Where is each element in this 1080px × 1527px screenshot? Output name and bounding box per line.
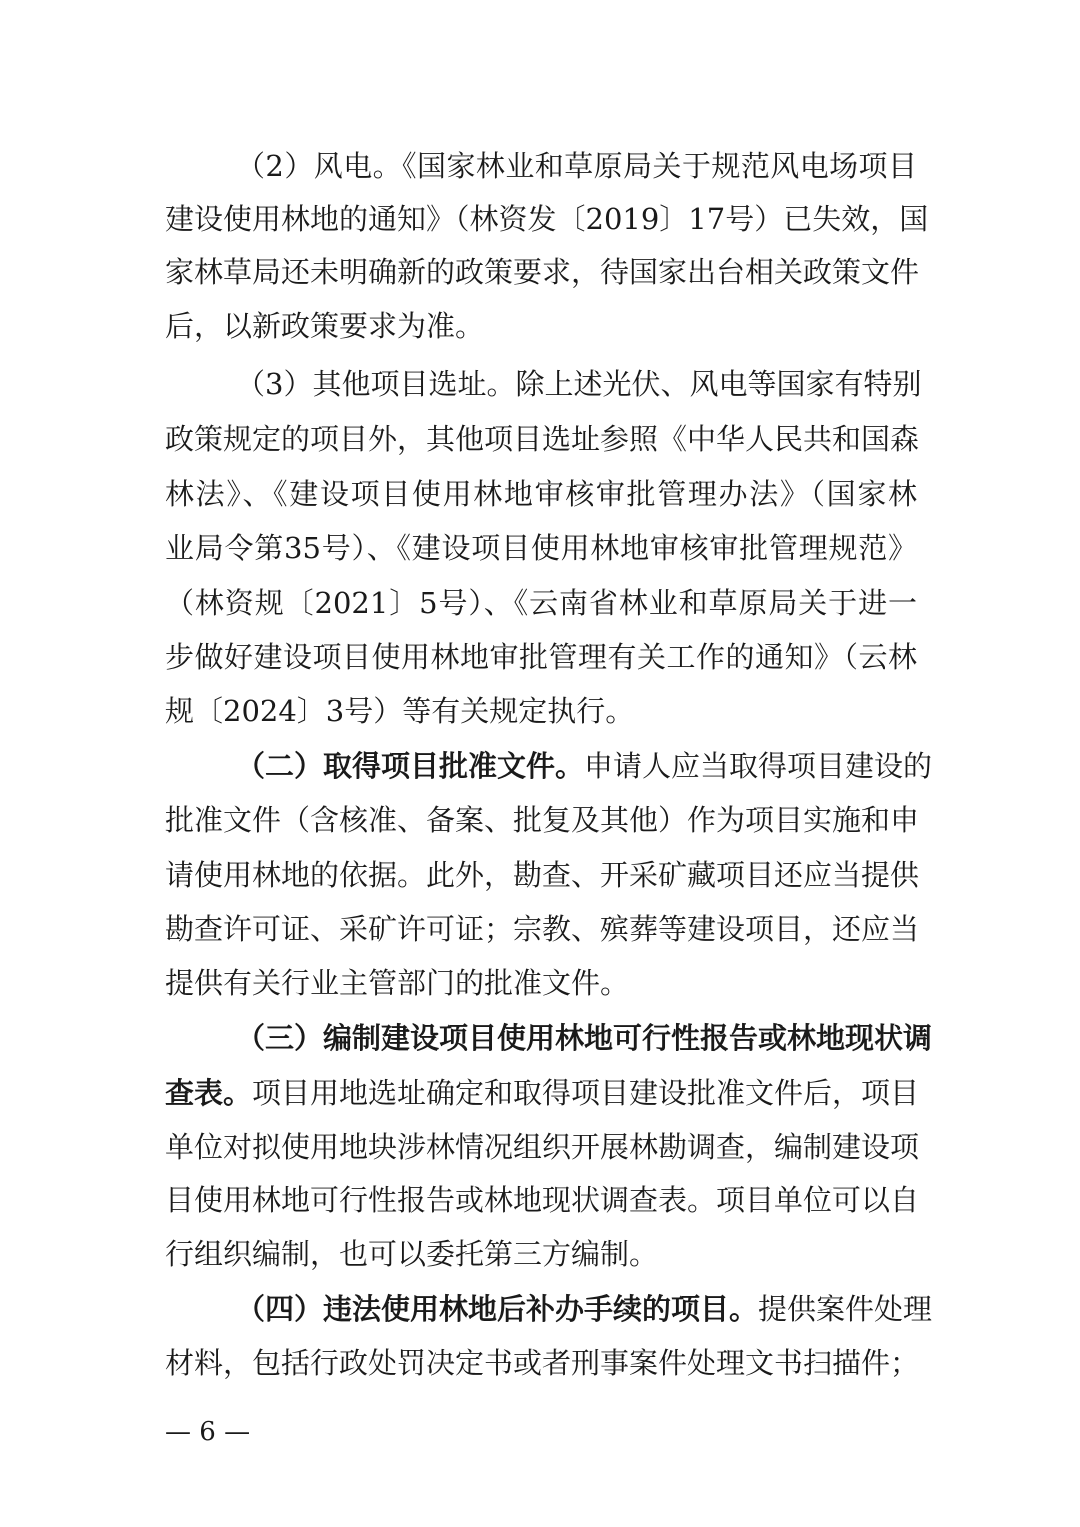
section-text: 提供案件处理	[758, 1292, 932, 1326]
text-line: 目使用林地可行性报告或林地现状调查表。项目单位可以自	[165, 1180, 917, 1220]
section-heading: （四）违法使用林地后补办手续的项目。	[236, 1292, 758, 1326]
section-text: 项目用地选址确定和取得项目建设批准文件后，项目	[252, 1076, 919, 1110]
text-line: （二）取得项目批准文件。申请人应当取得项目建设的	[236, 746, 917, 786]
text-line: 林法》、《建设项目使用林地审核审批管理办法》（国家林	[165, 474, 917, 514]
text-line: （四）违法使用林地后补办手续的项目。提供案件处理	[236, 1289, 917, 1329]
text-line: 材料，包括行政处罚决定书或者刑事案件处理文书扫描件；	[165, 1343, 917, 1383]
section-heading: （二）取得项目批准文件。	[236, 749, 584, 783]
text-line: 查表。项目用地选址确定和取得项目建设批准文件后，项目	[165, 1073, 917, 1113]
section-heading-cont: 查表。	[165, 1076, 252, 1110]
text-line: （2）风电。《国家林业和草原局关于规范风电场项目	[236, 146, 917, 186]
text-line: （林资规〔2021〕5号）、《云南省林业和草原局关于进一	[165, 583, 917, 623]
text-line: 家林草局还未明确新的政策要求，待国家出台相关政策文件	[165, 252, 917, 292]
text-line: 批准文件（含核准、备案、批复及其他）作为项目实施和申	[165, 800, 917, 840]
text-line: 单位对拟使用地块涉林情况组织开展林勘调查，编制建设项	[165, 1127, 917, 1167]
text-line: 提供有关行业主管部门的批准文件。	[165, 963, 917, 1003]
text-line: 规〔2024〕3号）等有关规定执行。	[165, 691, 917, 731]
page-number: — 6 —	[165, 1414, 250, 1450]
text-line: 政策规定的项目外，其他项目选址参照《中华人民共和国森	[165, 419, 917, 459]
text-line: 业局令第35号）、《建设项目使用林地审核审批管理规范》	[165, 528, 917, 568]
section-heading: （三）编制建设项目使用林地可行性报告或林地现状调	[236, 1018, 917, 1058]
section-text: 申请人应当取得项目建设的	[584, 749, 932, 783]
text-line: 勘查许可证、采矿许可证；宗教、殡葬等建设项目，还应当	[165, 909, 917, 949]
text-line: （3）其他项目选址。除上述光伏、风电等国家有特别	[236, 364, 917, 404]
text-line: 步做好建设项目使用林地审批管理有关工作的通知》（云林	[165, 637, 917, 677]
text-line: 建设使用林地的通知》（林资发〔2019〕17号）已失效，国	[165, 199, 917, 239]
text-line: 行组织编制，也可以委托第三方编制。	[165, 1234, 917, 1274]
document-page: （2）风电。《国家林业和草原局关于规范风电场项目 建设使用林地的通知》（林资发〔…	[0, 0, 1080, 1527]
text-line: 请使用林地的依据。此外，勘查、开采矿藏项目还应当提供	[165, 855, 917, 895]
text-line: 后，以新政策要求为准。	[165, 306, 917, 346]
